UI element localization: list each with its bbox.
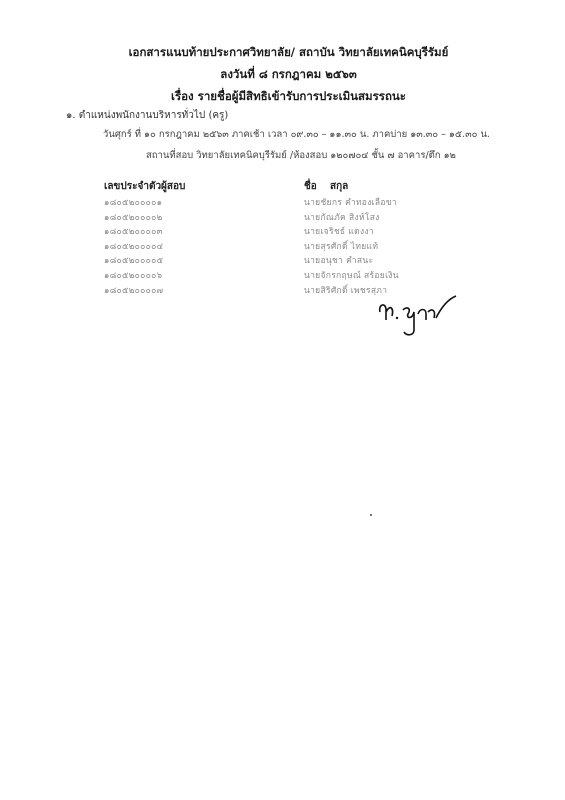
candidate-id: ๑๘๐๕๒๐๐๐๐๕: [104, 253, 163, 267]
candidate-id: ๑๘๐๕๒๐๐๐๐๖: [104, 268, 162, 282]
candidate-name: นายเจริชธ์ แดงงา: [304, 224, 374, 238]
column-header-surname: สกุล: [330, 179, 348, 194]
candidate-name: นายจักรกฤษณ์ สร้อยเงิน: [304, 268, 399, 282]
exam-location: สถานที่สอบ วิทยาลัยเทคนิคบุรีรัมย์ /ห้อง…: [146, 148, 456, 163]
candidate-id: ๑๘๐๕๒๐๐๐๐๑: [104, 195, 162, 209]
stray-mark: [370, 514, 372, 516]
document-subject: เรื่อง รายชื่อผู้มีสิทธิเข้ารับการประเมิ…: [6, 88, 565, 106]
candidate-name: นายสุรศักดิ์ ไทยแท้: [304, 239, 378, 253]
candidate-name: นายอนุชา คำสนะ: [304, 253, 373, 267]
document-page: เอกสารแนบท้ายประกาศวิทยาลัย/ สถาบัน วิทย…: [0, 0, 565, 800]
document-date: ลงวันที่ ๘ กรกฎาคม ๒๕๖๓: [6, 66, 565, 84]
section-heading: ๑. ตำแหน่งพนักงานบริหารทั่วไป (ครู): [66, 108, 228, 123]
candidate-id: ๑๘๐๕๒๐๐๐๐๓: [104, 224, 163, 238]
column-header-name: ชื่อ: [304, 179, 317, 194]
document-title: เอกสารแนบท้ายประกาศวิทยาลัย/ สถาบัน วิทย…: [6, 44, 565, 62]
candidate-id: ๑๘๐๕๒๐๐๐๐๗: [104, 283, 163, 297]
candidate-name: นายกัณภัค สิงห์โสง: [304, 210, 380, 224]
signature: [370, 290, 460, 340]
candidate-id: ๑๘๐๕๒๐๐๐๐๒: [104, 210, 163, 224]
column-header-id: เลขประจำตัวผู้สอบ: [104, 179, 185, 194]
candidate-id: ๑๘๐๕๒๐๐๐๐๔: [104, 239, 163, 253]
exam-schedule: วันศุกร์ ที่ ๑๐ กรกฎาคม ๒๕๖๓ ภาคเช้า เวล…: [103, 127, 490, 142]
candidate-name: นายชัยกร คำทองเลือขา: [304, 195, 397, 209]
